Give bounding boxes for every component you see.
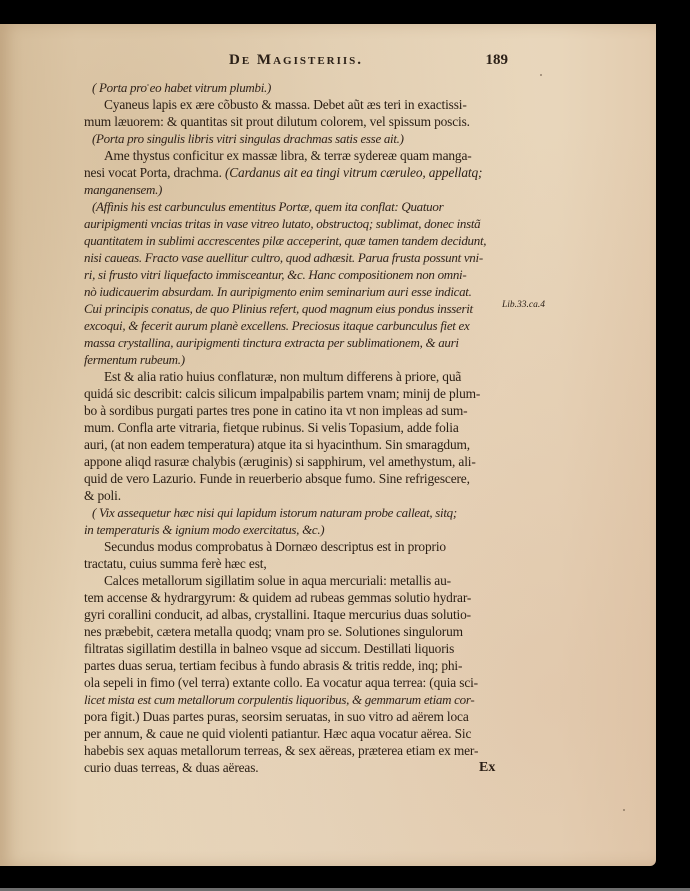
- catchword: Ex: [479, 760, 495, 776]
- text-line: Cui principis conatus, de quo Plinius re…: [84, 300, 473, 317]
- text-line-roman: nesi vocat Porta, drachma.: [84, 165, 225, 180]
- text-line: appone aliqd rasuræ chalybis (æruginis) …: [84, 453, 476, 470]
- text-line-italic: (Cardanus ait ea tingi vitrum cæruleo, a…: [225, 165, 482, 180]
- text-line: curio duas terreas, & duas aëreas.: [84, 759, 258, 776]
- text-line: Calces metallorum sigillatim solue in aq…: [104, 572, 451, 589]
- text-line: per annum, & caue ne quid violenti patia…: [84, 725, 471, 742]
- book-page: De Magisteriis. 189 ( Porta pro eo habet…: [0, 24, 656, 866]
- text-line: nesi vocat Porta, drachma. (Cardanus ait…: [84, 164, 482, 181]
- text-line: Cyaneus lapis ex ære cõbusto & massa. De…: [104, 96, 467, 113]
- text-line: gyri corallini conducit, ad albas, cryst…: [84, 606, 471, 623]
- text-line: Ame thystus conficitur ex massæ libra, &…: [104, 147, 472, 164]
- text-line: ola sepeli in fimo (vel terra) extante c…: [84, 674, 478, 691]
- text-line: pora figit.) Duas partes puras, seorsim …: [84, 708, 469, 725]
- text-line: quid de vero Lazurio. Funde in reuerberi…: [84, 470, 470, 487]
- text-line: in temperaturis & ignium modo exercitatu…: [84, 521, 324, 538]
- text-line: (Porta pro singulis libris vitri singula…: [92, 130, 404, 147]
- text-line: Est & alia ratio huius conflaturæ, non m…: [104, 368, 461, 385]
- text-line: ( Porta pro eo habet vitrum plumbi.): [92, 79, 271, 96]
- text-line: nò iudicauerim absurdam. In auripigmento…: [84, 283, 472, 300]
- text-line: ri, si frusto vitri liquefacto immiscean…: [84, 266, 466, 283]
- paper-speck: [540, 74, 542, 76]
- running-title: De Magisteriis.: [229, 52, 363, 69]
- text-line: tem accense & hydrargyrum: & quidem ad r…: [84, 589, 471, 606]
- text-line: licet mista est cum metallorum corpulent…: [84, 691, 474, 708]
- text-line: quantitatem in sublimi accrescentes pilæ…: [84, 232, 486, 249]
- text-line: nes præbebit, cætera metalla quodq; vnam…: [84, 623, 463, 640]
- text-line: Secundus modus comprobatus à Dornæo desc…: [104, 538, 446, 555]
- text-line: & poli.: [84, 487, 121, 504]
- text-line: auripigmenti vncias tritas in vase vitre…: [84, 215, 480, 232]
- margin-note: Lib.33.ca.4: [502, 300, 545, 310]
- text-line: filtratas sigillatim destilla in balneo …: [84, 640, 454, 657]
- text-line: fermentum rubeum.): [84, 351, 185, 368]
- text-line: habebis sex aquas metallorum terreas, & …: [84, 742, 478, 759]
- text-line: partes duas serua, tertiam fecibus à fun…: [84, 657, 462, 674]
- text-line: nisi caueas. Fracto vase auellitur cultr…: [84, 249, 483, 266]
- text-line: massa crystallina, auripigmenti tinctura…: [84, 334, 459, 351]
- text-line: mum læuorem: & quantitas sit prout dilut…: [84, 113, 470, 130]
- text-line: bo à sordibus purgati partes tres pone i…: [84, 402, 467, 419]
- text-line: tractatu, cuius summa ferè hæc est,: [84, 555, 267, 572]
- page-number: 189: [486, 52, 509, 69]
- text-line: mum. Confla arte vitraria, fietque rubin…: [84, 419, 459, 436]
- running-head: De Magisteriis. 189: [84, 52, 504, 74]
- text-line: manganensem.): [84, 181, 162, 198]
- text-line: (Affinis his est carbunculus ementitus P…: [92, 198, 443, 215]
- paper-speck: [623, 809, 625, 811]
- text-line: auri, (at non eadem temperatura) atque i…: [84, 436, 470, 453]
- text-line: quidá sic describit: calcis silicum impa…: [84, 385, 480, 402]
- text-line: ( Vix assequetur hæc nisi qui lapidum is…: [92, 504, 457, 521]
- text-line: excoqui, & fecerit aurum planè excellens…: [84, 317, 470, 334]
- paper-speck: [147, 84, 149, 86]
